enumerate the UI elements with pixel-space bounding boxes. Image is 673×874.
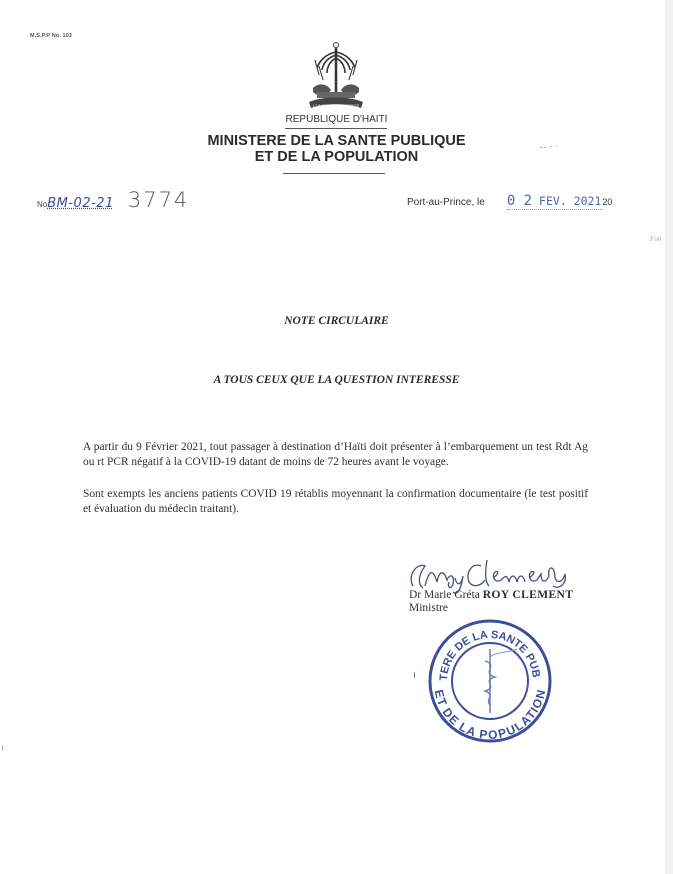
- no-label: No: [37, 200, 47, 209]
- signer-name: Dr Marie Gréta ROY CLEMENT: [409, 589, 573, 601]
- ministry-line-2: ET DE LA POPULATION: [0, 149, 673, 165]
- margin-annotation: Fon: [650, 235, 661, 243]
- body-paragraph-1: A partir du 9 Février 2021, tout passage…: [83, 440, 588, 470]
- ministry-seal-stamp: MINISTERE DE LA SANTE PUBLIQUE ET DE LA …: [425, 617, 555, 745]
- header-divider-top: [285, 128, 387, 129]
- svg-text:MINISTERE DE LA SANTE PUBLIQUE: MINISTERE DE LA SANTE PUBLIQUE: [425, 617, 542, 681]
- addressee-line: A TOUS CEUX QUE LA QUESTION INTERESSE: [0, 374, 673, 386]
- ministry-line-1: MINISTERE DE LA SANTE PUBLIQUE: [0, 133, 673, 149]
- form-reference-code: M.S.P.P No. 103: [30, 33, 72, 39]
- scan-mark: [414, 672, 415, 678]
- document-title: NOTE CIRCULAIRE: [0, 315, 673, 327]
- signer-name-surname: ROY CLEMENT: [483, 589, 574, 601]
- republic-heading: REPUBLIQUE D'HAITI: [0, 114, 673, 125]
- place-label: Port-au-Prince, le: [407, 197, 485, 208]
- date-stamp: 0 2 FEV. 2021: [507, 193, 604, 210]
- svg-text:L'UNION FAIT LA FORCE: L'UNION FAIT LA FORCE: [313, 103, 360, 108]
- ministry-heading: MINISTERE DE LA SANTE PUBLIQUE ET DE LA …: [0, 133, 673, 165]
- date-stamp-day: 0 2: [507, 193, 532, 209]
- reference-number: No BM-02-21 3774: [37, 188, 189, 212]
- scan-specks: -- · ·: [540, 143, 559, 151]
- body-paragraph-2: Sont exempts les anciens patients COVID …: [83, 487, 588, 517]
- coat-of-arms-emblem: L'UNION FAIT LA FORCE: [305, 40, 367, 112]
- scan-edge-strip: [665, 0, 673, 874]
- place-date-line: Port-au-Prince, le 0 2 FEV. 2021 20: [407, 193, 612, 210]
- scan-mark-left-margin: [2, 745, 3, 751]
- date-year-suffix: 20: [602, 197, 612, 207]
- date-stamp-month-year: FEV. 2021: [539, 194, 601, 208]
- stamp-number: 3774: [128, 188, 189, 212]
- handwritten-reference-code: BM-02-21: [47, 196, 114, 211]
- header-divider-bottom: [283, 173, 385, 174]
- signer-title: Ministre: [409, 602, 448, 614]
- signer-name-prefix: Dr Marie Gréta: [409, 589, 480, 601]
